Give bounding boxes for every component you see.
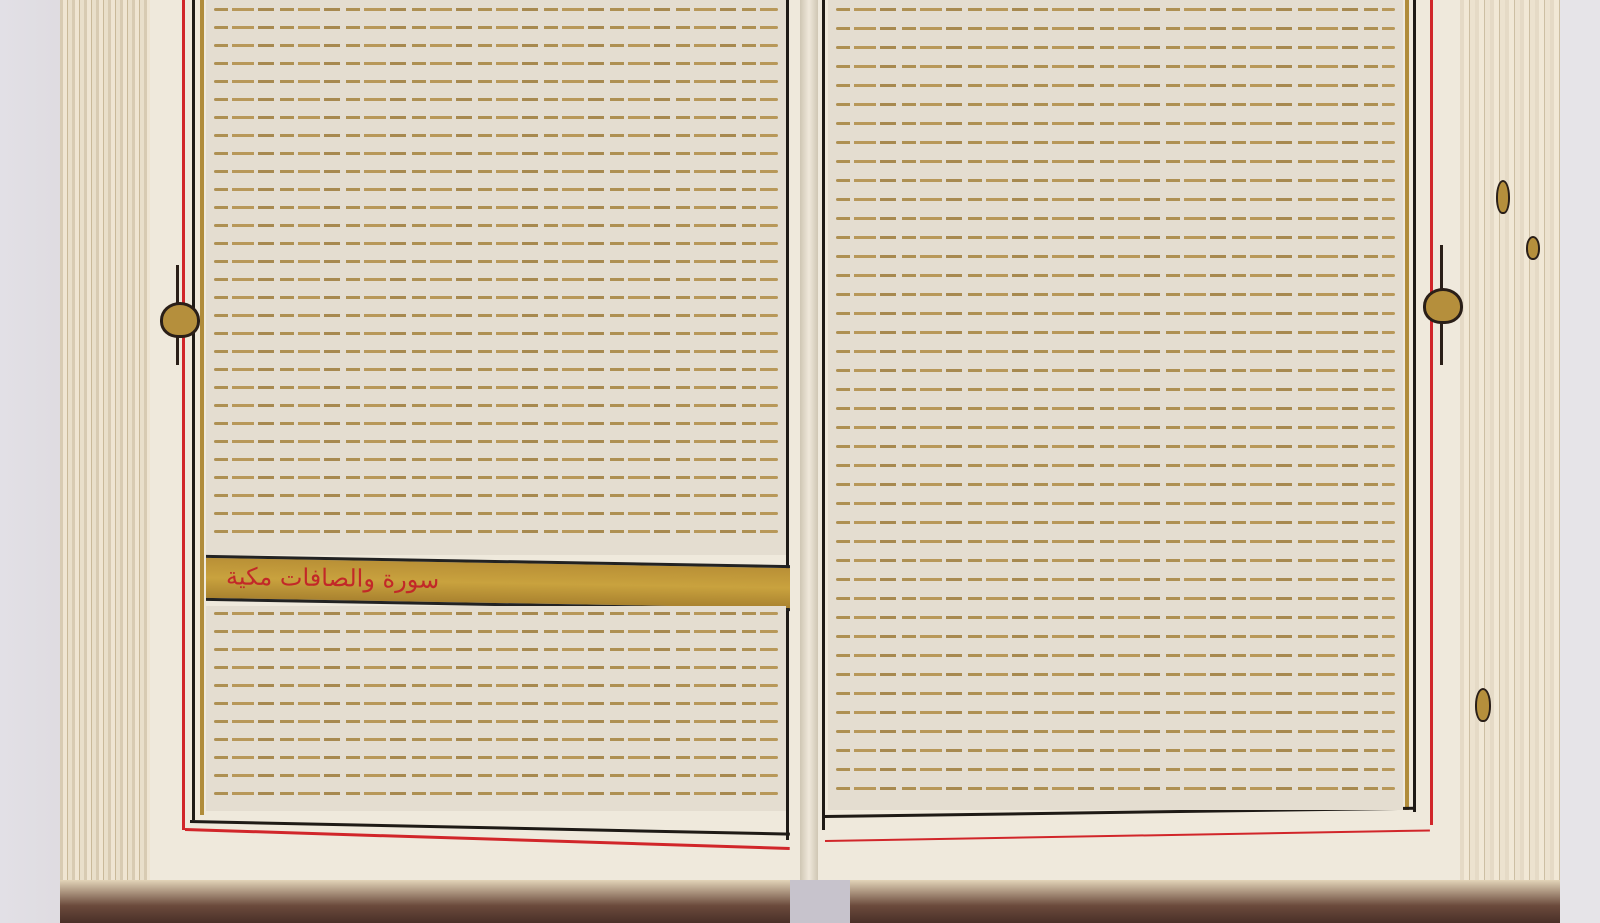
left-red-rule [182, 0, 185, 830]
left-inner-rule [786, 0, 789, 840]
left-upper-text-block [206, 0, 786, 555]
left-black-rule [192, 0, 195, 820]
binding-thread [790, 880, 850, 923]
right-red-rule [1430, 0, 1433, 825]
right-gold-rule [1405, 0, 1409, 810]
edge-marker-icon [1496, 180, 1510, 214]
right-black-rule [1413, 0, 1416, 812]
left-gold-rule [200, 0, 204, 815]
left-medallion-ornament-icon [160, 302, 200, 338]
right-text-block [828, 0, 1403, 810]
edge-marker-icon [1475, 688, 1491, 722]
right-inner-rule [822, 0, 825, 830]
right-medallion-ornament-icon [1423, 288, 1463, 324]
edge-marker-icon [1526, 236, 1540, 260]
book-gutter [800, 0, 818, 890]
surah-title: سورة والصافات مكية [226, 562, 439, 594]
left-lower-text-block [206, 606, 786, 811]
